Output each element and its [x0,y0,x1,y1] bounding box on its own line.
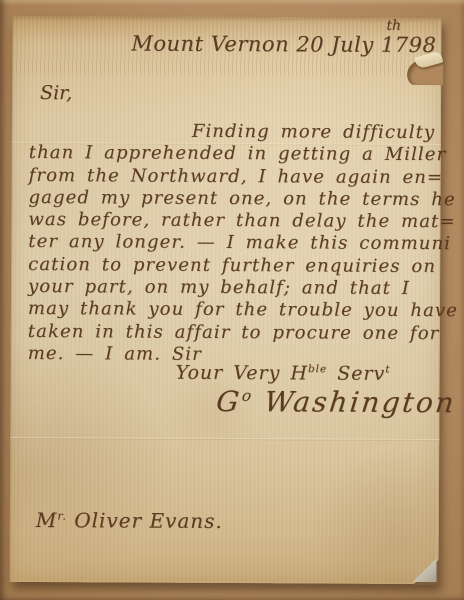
body-line: cation to prevent further enquiries on [28,254,437,278]
closing-text: Serv [327,363,385,385]
recipient-name: Mr. Oliver Evans. [36,508,223,533]
signature-surname: Washington [251,385,458,419]
folded-corner [410,555,440,585]
body-line: ter any longer. — I make this communi [28,231,437,255]
salutation: Sir, [40,82,72,104]
recipient-title: M [36,508,58,532]
fold-crease [10,437,439,441]
body-line: than I apprehended in getting a Miller [29,142,438,166]
body-line: may thank you for the trouble you have [28,298,437,322]
closing-superscript: ble [308,363,327,375]
docket-mark: th [386,18,401,34]
recipient-superscript: r. [57,509,67,522]
body-line: gaged my present one, on the terms he [28,187,437,211]
body-line: was before, rather than delay the mat= [28,209,437,233]
framed-letter-photo: th Mount Vernon 20 July 1798 Sir, Findin… [0,0,464,600]
closing-text: Your Very H [176,362,308,385]
body-line: Finding more difficulty [29,120,438,144]
letter-body: Finding more difficulty than I apprehend… [28,120,438,367]
signature: Go Washington [215,385,458,419]
body-line: from the Northward, I have again en= [29,165,438,189]
recipient-text: Oliver Evans. [67,508,223,533]
signature-initial: G [215,385,244,418]
dateline: Mount Vernon 20 July 1798 [131,32,436,58]
corner-flap [413,558,437,582]
closing-superscript: t [385,364,390,376]
body-line: your part, on my behalf; and that I [28,276,437,300]
body-line: taken in this affair to procure one for [28,321,437,345]
closing: Your Very Hble Servt [176,362,391,385]
letter-paper: th Mount Vernon 20 July 1798 Sir, Findin… [10,16,442,584]
torn-edge [407,60,443,85]
